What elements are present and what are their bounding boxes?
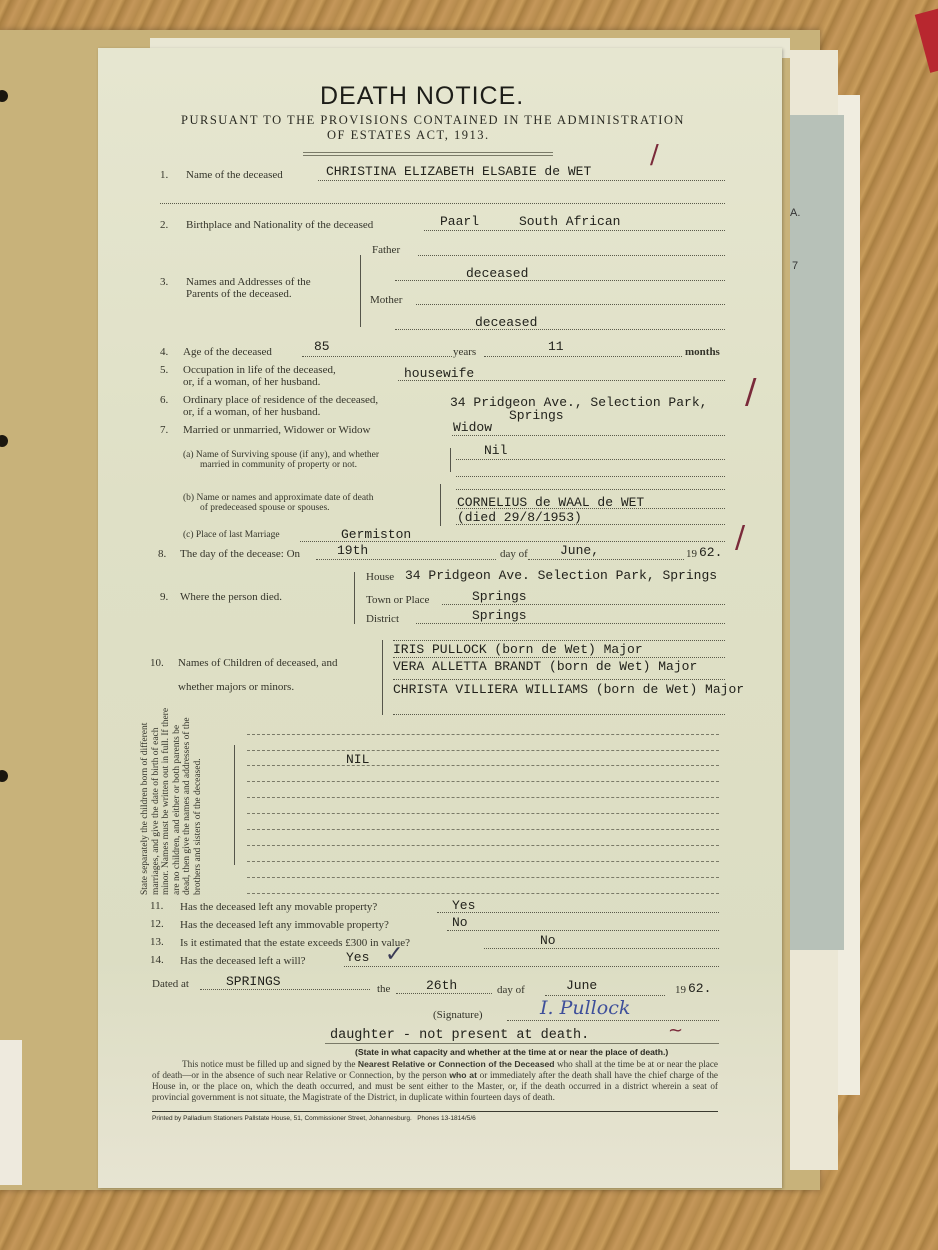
years-label: years bbox=[453, 346, 476, 358]
age-months: 11 bbox=[548, 339, 564, 354]
dated-year: 62. bbox=[688, 981, 711, 996]
punch-hole bbox=[0, 770, 8, 782]
capacity-line bbox=[325, 1043, 719, 1044]
q8-label: The day of the decease: On bbox=[180, 548, 300, 560]
decease-day-line bbox=[316, 559, 496, 560]
check-mark: ~ bbox=[668, 1020, 683, 1041]
check-mark: ✓ bbox=[385, 942, 403, 967]
ruled-line bbox=[247, 750, 719, 751]
brace bbox=[382, 640, 383, 715]
marital-status: Widow bbox=[453, 420, 492, 435]
q5-label-line2: or, if a woman, of her husband. bbox=[183, 376, 320, 388]
capacity-note: (State in what capacity and whether at t… bbox=[355, 1047, 668, 1057]
children-line2 bbox=[393, 679, 725, 680]
house-value: 34 Pridgeon Ave. Selection Park, Springs bbox=[405, 568, 717, 583]
instructions-bold2: who at bbox=[449, 1070, 477, 1080]
other-marriages-value: NIL bbox=[346, 752, 369, 767]
decease-year-prefix: 19 bbox=[686, 548, 697, 560]
q2-label: Birthplace and Nationality of the deceas… bbox=[186, 219, 373, 231]
decease-month: June, bbox=[560, 543, 599, 558]
side-mark-a: A. bbox=[790, 207, 800, 219]
children-line3 bbox=[393, 714, 725, 715]
marital-line bbox=[452, 435, 725, 436]
ruled-line bbox=[247, 893, 719, 894]
dated-the-label: the bbox=[377, 983, 390, 995]
mother-line bbox=[416, 304, 725, 305]
subtitle-line2: OF ESTATES ACT, 1913. bbox=[327, 128, 490, 143]
dated-day-of-label: day of bbox=[497, 984, 525, 996]
occupation: housewife bbox=[404, 366, 474, 381]
deceased-name: CHRISTINA ELIZABETH ELSABIE de WET bbox=[326, 164, 591, 179]
q12-label: Has the deceased left any immovable prop… bbox=[180, 919, 389, 931]
q8-number: 8. bbox=[158, 548, 166, 560]
punch-hole bbox=[0, 90, 8, 102]
dated-label: Dated at bbox=[152, 978, 189, 990]
q10-number: 10. bbox=[150, 657, 164, 669]
check-mark: / bbox=[650, 140, 659, 170]
ruled-line bbox=[247, 781, 719, 782]
q13-label: Is it estimated that the estate exceeds … bbox=[180, 937, 410, 949]
mother-line2 bbox=[395, 329, 725, 330]
town-line bbox=[442, 604, 725, 605]
signature-label: (Signature) bbox=[433, 1009, 482, 1021]
instructions-bold1: Nearest Relative or Connection of the De… bbox=[358, 1059, 555, 1069]
months-label: months bbox=[685, 346, 720, 358]
q1-label: Name of the deceased bbox=[186, 169, 283, 181]
town-value: Springs bbox=[472, 589, 527, 604]
ruled-line bbox=[247, 877, 719, 878]
page-title: DEATH NOTICE. bbox=[320, 82, 524, 111]
ruled-line bbox=[247, 734, 719, 735]
ruled-line bbox=[247, 765, 719, 766]
child-2: VERA ALLETTA BRANDT (born de Wet) Major bbox=[393, 659, 697, 674]
q2-line bbox=[424, 230, 725, 231]
q10-label-line2: whether majors or minors. bbox=[178, 681, 294, 693]
q5-number: 5. bbox=[160, 364, 168, 376]
district-value: Springs bbox=[472, 608, 527, 623]
decease-month-line bbox=[528, 559, 684, 560]
q6-label-line1: Ordinary place of residence of the decea… bbox=[183, 394, 378, 406]
q12-number: 12. bbox=[150, 918, 164, 930]
father-value: deceased bbox=[466, 266, 528, 281]
card-edge bbox=[0, 1040, 22, 1185]
q9-number: 9. bbox=[160, 591, 168, 603]
dated-place: SPRINGS bbox=[226, 974, 281, 989]
brace bbox=[450, 448, 451, 472]
spouse-line bbox=[456, 459, 725, 460]
dated-day-line bbox=[396, 993, 492, 994]
q7c-label: (c) Place of last Marriage bbox=[183, 530, 280, 541]
q10-label-line1: Names of Children of deceased, and bbox=[178, 657, 337, 669]
instructions: This notice must be filled up and signed… bbox=[152, 1059, 718, 1103]
father-label: Father bbox=[372, 244, 400, 256]
q13-number: 13. bbox=[150, 936, 164, 948]
signer-capacity: daughter - not present at death. bbox=[330, 1028, 589, 1043]
brace bbox=[440, 484, 441, 526]
signature-line bbox=[507, 1020, 719, 1021]
mother-value: deceased bbox=[475, 315, 537, 330]
title-rule bbox=[303, 152, 553, 153]
dated-day: 26th bbox=[426, 978, 457, 993]
spouse-line2 bbox=[456, 476, 725, 477]
q4-number: 4. bbox=[160, 346, 168, 358]
q11-label: Has the deceased left any movable proper… bbox=[180, 901, 377, 913]
q14-number: 14. bbox=[150, 954, 164, 966]
q14-label: Has the deceased left a will? bbox=[180, 955, 306, 967]
residence-line2: Springs bbox=[509, 408, 564, 423]
dated-place-line bbox=[200, 989, 370, 990]
check-mark: / bbox=[735, 520, 745, 555]
ruled-line bbox=[247, 797, 719, 798]
q12-line bbox=[447, 930, 719, 931]
dated-month-line bbox=[545, 995, 665, 996]
q11-number: 11. bbox=[150, 900, 163, 912]
printer-line: Printed by Palladium Stationers Pallstat… bbox=[152, 1115, 476, 1122]
other-marriages-instruction: State separately the children born of di… bbox=[140, 705, 203, 895]
age-months-line bbox=[484, 356, 682, 357]
q3-label-line1: Names and Addresses of the bbox=[186, 276, 311, 288]
punch-hole bbox=[0, 435, 8, 447]
district-label: District bbox=[366, 613, 399, 625]
q2-number: 2. bbox=[160, 219, 168, 231]
q3-label-line2: Parents of the deceased. bbox=[186, 288, 292, 300]
q13-line bbox=[484, 948, 719, 949]
q6-number: 6. bbox=[160, 394, 168, 406]
movable-property: Yes bbox=[452, 898, 475, 913]
q7a-label-line2: married in community of property or not. bbox=[200, 460, 357, 471]
decease-day: 19th bbox=[337, 543, 368, 558]
age-years: 85 bbox=[314, 339, 330, 354]
footer-rule bbox=[152, 1111, 718, 1112]
check-mark: / bbox=[745, 372, 756, 412]
brace bbox=[360, 255, 361, 327]
predeceased-line0 bbox=[456, 489, 725, 490]
house-label: House bbox=[366, 571, 394, 583]
left-will: Yes bbox=[346, 950, 369, 965]
father-line2 bbox=[395, 280, 725, 281]
red-object bbox=[915, 7, 938, 73]
q7b-label-line2: of predeceased spouse or spouses. bbox=[200, 503, 330, 514]
decease-day-of-label: day of bbox=[500, 548, 528, 560]
side-mark-b: 7 bbox=[792, 260, 798, 272]
residence-line1: 34 Pridgeon Ave., Selection Park, bbox=[450, 395, 707, 410]
q3-number: 3. bbox=[160, 276, 168, 288]
children-line0 bbox=[393, 640, 725, 641]
child-3: CHRISTA VILLIERA WILLIAMS (born de Wet) … bbox=[393, 682, 744, 697]
ruled-line bbox=[247, 813, 719, 814]
decease-year: 62. bbox=[699, 545, 722, 560]
father-line bbox=[418, 255, 725, 256]
marriage-place: Germiston bbox=[341, 527, 411, 542]
q6-label-line2: or, if a woman, of her husband. bbox=[183, 406, 320, 418]
q5-label-line1: Occupation in life of the deceased, bbox=[183, 364, 336, 376]
q1-number: 1. bbox=[160, 169, 168, 181]
instructions-part1: This notice must be filled up and signed… bbox=[182, 1059, 355, 1069]
subtitle-line1: PURSUANT TO THE PROVISIONS CONTAINED IN … bbox=[181, 113, 685, 128]
immovable-property: No bbox=[452, 915, 468, 930]
brace bbox=[234, 745, 235, 865]
blue-sheet: A. 7 bbox=[790, 115, 844, 950]
dated-year-prefix: 19 bbox=[675, 984, 686, 996]
q7-number: 7. bbox=[160, 424, 168, 436]
q11-line bbox=[437, 912, 719, 913]
ruled-line bbox=[247, 861, 719, 862]
predeceased-date: (died 29/8/1953) bbox=[457, 510, 582, 525]
age-years-line bbox=[302, 356, 452, 357]
estate-exceeds: No bbox=[540, 933, 556, 948]
q1-line bbox=[318, 180, 725, 181]
q4-label: Age of the deceased bbox=[183, 346, 272, 358]
predeceased-spouse: CORNELIUS de WAAL de WET bbox=[457, 495, 644, 510]
district-line bbox=[416, 623, 725, 624]
ruled-line bbox=[247, 829, 719, 830]
dated-month: June bbox=[566, 978, 597, 993]
ruled-line bbox=[247, 845, 719, 846]
brace bbox=[354, 572, 355, 624]
q9-label: Where the person died. bbox=[180, 591, 282, 603]
q7-label: Married or unmarried, Widower or Widow bbox=[183, 424, 371, 436]
q1-line2 bbox=[160, 203, 725, 204]
child-1: IRIS PULLOCK (born de Wet) Major bbox=[393, 642, 643, 657]
town-label: Town or Place bbox=[366, 594, 429, 606]
birthplace: Paarl bbox=[440, 214, 479, 229]
nationality: South African bbox=[519, 214, 620, 229]
signature: I. Pullock bbox=[540, 997, 630, 1019]
children-line1 bbox=[393, 657, 725, 658]
surviving-spouse: Nil bbox=[484, 443, 507, 458]
mother-label: Mother bbox=[370, 294, 402, 306]
title-rule bbox=[303, 155, 553, 156]
